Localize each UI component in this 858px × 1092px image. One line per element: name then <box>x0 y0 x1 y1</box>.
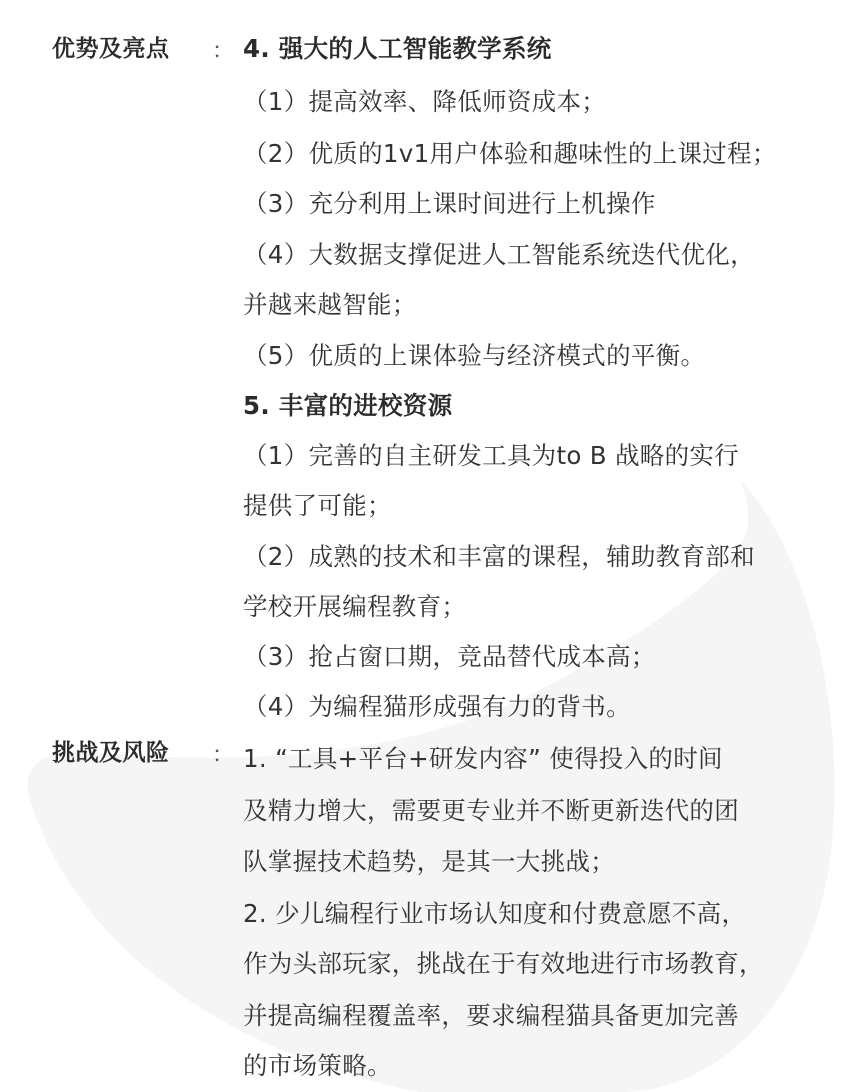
list-item-continuation: 提供了可能； <box>243 487 392 522</box>
section-label-challenges: 挑战及风险 <box>52 734 170 767</box>
list-item-continuation: 队掌握技术趋势，是其一大挑战； <box>243 843 615 878</box>
list-item: （1）完善的自主研发工具为to B 战略的实行 <box>243 437 739 472</box>
list-item: （1）提高效率、降低师资成本； <box>243 83 606 118</box>
list-item: （2）成熟的技术和丰富的课程，辅助教育部和 <box>243 538 755 573</box>
list-item-continuation: 的市场策略。 <box>243 1047 392 1082</box>
label-colon: ： <box>212 738 234 769</box>
list-item: （4）为编程猫形成强有力的背书。 <box>243 688 631 723</box>
list-item-continuation: 并越来越智能； <box>243 286 417 321</box>
section-label-advantages: 优势及亮点 <box>52 30 170 63</box>
label-colon: ： <box>212 34 234 65</box>
list-item: （3）抢占窗口期，竞品替代成本高； <box>243 638 656 673</box>
list-item: （2）优质的1v1用户体验和趣味性的上课过程； <box>243 135 777 170</box>
list-item: （3）充分利用上课时间进行上机操作 <box>243 185 656 220</box>
list-item-continuation: 并提高编程覆盖率，要求编程猫具备更加完善 <box>243 997 739 1032</box>
list-item: 1. “工具+平台+研发内容” 使得投入的时间 <box>243 740 723 775</box>
list-item: （5）优质的上课体验与经济模式的平衡。 <box>243 337 705 372</box>
heading-ai-teaching-system: 4. 强大的人工智能教学系统 <box>243 30 552 65</box>
list-item-continuation: 学校开展编程教育； <box>243 588 466 623</box>
list-item-continuation: 作为头部玩家，挑战在于有效地进行市场教育， <box>243 945 764 980</box>
list-item-continuation: 及精力增大，需要更专业并不断更新迭代的团 <box>243 792 739 827</box>
list-item: （4）大数据支撑促进人工智能系统迭代优化， <box>243 236 755 271</box>
heading-school-resources: 5. 丰富的进校资源 <box>243 387 452 422</box>
list-item: 2. 少儿编程行业市场认知度和付费意愿不高， <box>243 895 746 930</box>
